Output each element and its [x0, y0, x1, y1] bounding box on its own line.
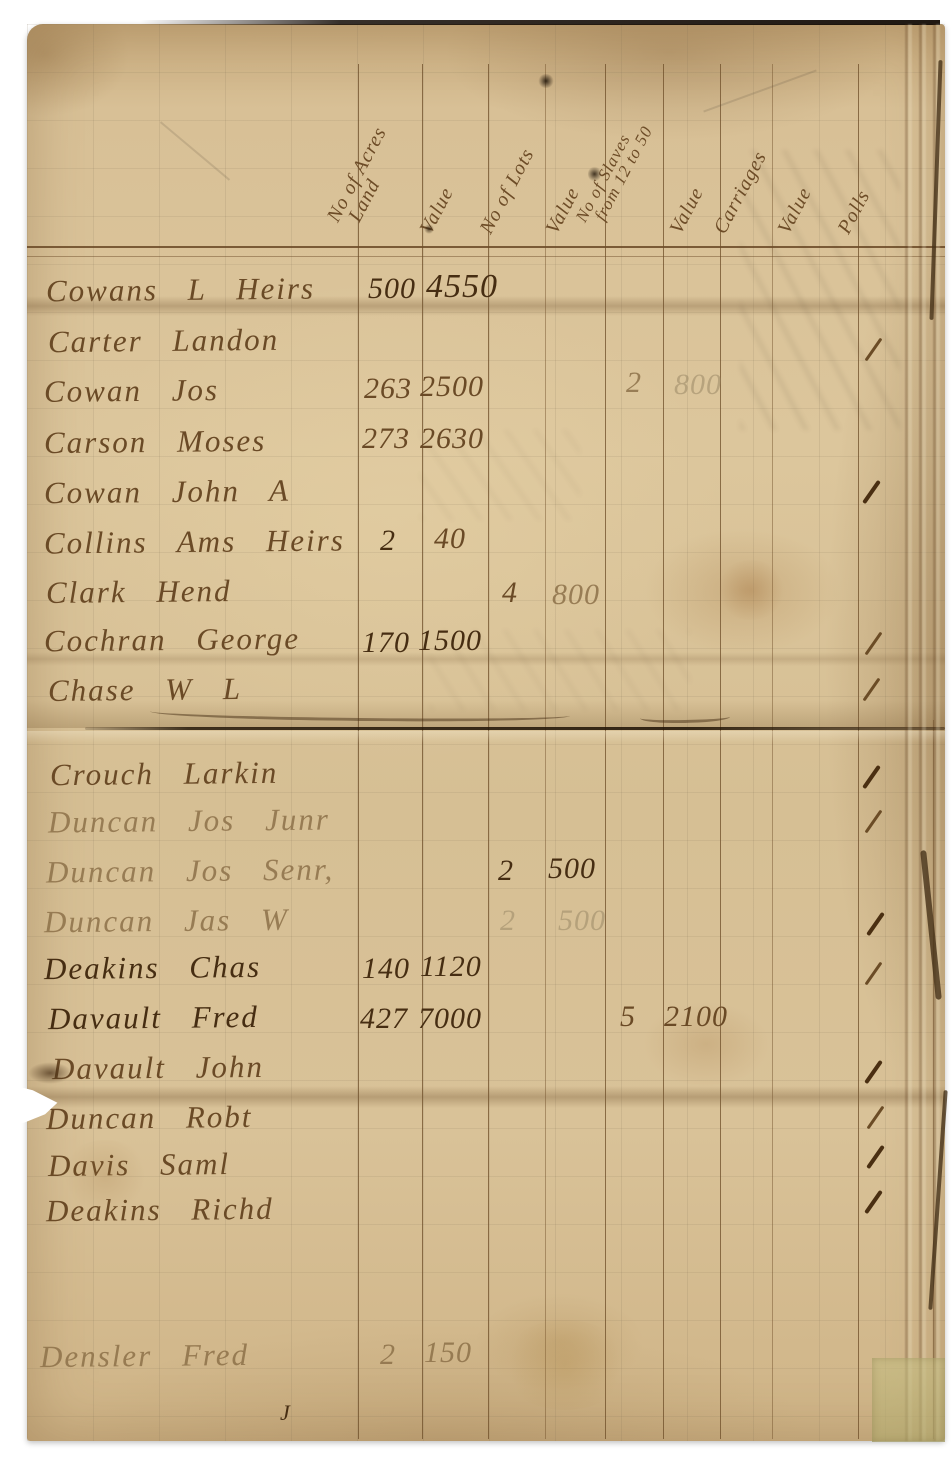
row-name: Davis Saml: [48, 1146, 230, 1184]
cell-lots: 2: [500, 904, 516, 938]
cell-slaves-value: 2100: [664, 1000, 728, 1034]
row-name: Cowans L Heirs: [46, 271, 315, 310]
row-name: Cochran George: [44, 621, 300, 660]
cell-lots-value: 500: [558, 904, 606, 938]
tape-patch: [872, 1358, 945, 1442]
paper-sheet: [27, 24, 945, 1441]
column-rule: [663, 64, 664, 1439]
cell-acres-value: 2500: [420, 370, 484, 404]
column-rule: [720, 64, 721, 1439]
row-name: Davault Fred: [48, 999, 259, 1037]
header-rule-2: [27, 256, 945, 257]
cell-acres: 2: [380, 524, 396, 558]
cell-acres-value: 1500: [418, 624, 482, 658]
row-name: Duncan Jos Senr,: [46, 851, 334, 890]
column-rule: [605, 64, 606, 1439]
cell-acres: 263: [364, 372, 412, 406]
page-edge-rule: [933, 720, 934, 1439]
cell-lots-value: 800: [552, 578, 600, 612]
cell-acres: 500: [368, 272, 416, 306]
row-name: Collins Ams Heirs: [44, 522, 345, 561]
cell-slaves: 5: [620, 1000, 636, 1034]
column-rule: [358, 64, 359, 1439]
cell-slaves-value: 800: [674, 368, 722, 402]
row-name: Clark Hend: [46, 573, 232, 611]
cell-acres-value: 2630: [420, 422, 484, 456]
stray-mark: J: [280, 1400, 290, 1426]
cell-acres: 2: [380, 1338, 396, 1372]
sheet-seam: [85, 727, 945, 730]
column-rule: [858, 64, 859, 1439]
row-name: Deakins Richd: [46, 1191, 274, 1229]
cell-acres: 427: [360, 1002, 408, 1036]
cell-lots: 2: [498, 854, 514, 888]
row-name: Cowan John A: [44, 473, 290, 512]
row-name: Carter Landon: [48, 322, 280, 360]
book-edge-top: [140, 20, 940, 25]
header-rule: [27, 246, 945, 248]
cell-acres-value: 150: [424, 1336, 472, 1370]
row-name: Crouch Larkin: [50, 755, 279, 793]
cell-acres-value: 40: [434, 522, 466, 556]
column-rule: [545, 64, 546, 1439]
row-name: Duncan Robt: [46, 1099, 253, 1137]
cell-acres-value: 1120: [420, 950, 482, 984]
row-name: Densler Fred: [40, 1337, 249, 1375]
cell-lots-value: 500: [548, 852, 596, 886]
cell-acres: 273: [362, 422, 410, 456]
cell-slaves: 2: [626, 366, 642, 400]
row-name: Cowan Jos: [44, 372, 219, 410]
cell-acres: 140: [362, 952, 410, 986]
column-rule: [422, 64, 423, 1439]
cell-acres: 170: [362, 626, 410, 660]
cell-acres-value: 7000: [418, 1002, 482, 1036]
row-name: Chase W L: [48, 671, 242, 709]
row-name: Davault John: [52, 1049, 264, 1087]
column-rule: [772, 64, 773, 1439]
cell-acres-value: 4550: [426, 268, 498, 306]
row-name: Duncan Jos Junr: [48, 802, 330, 841]
row-name: Duncan Jas W: [44, 902, 289, 941]
row-name: Deakins Chas: [44, 949, 261, 987]
scanned-ledger-page: No of Acres Land Value No of Lots Value …: [0, 0, 951, 1473]
row-name: Carson Moses: [44, 423, 267, 461]
cell-lots: 4: [502, 576, 518, 610]
